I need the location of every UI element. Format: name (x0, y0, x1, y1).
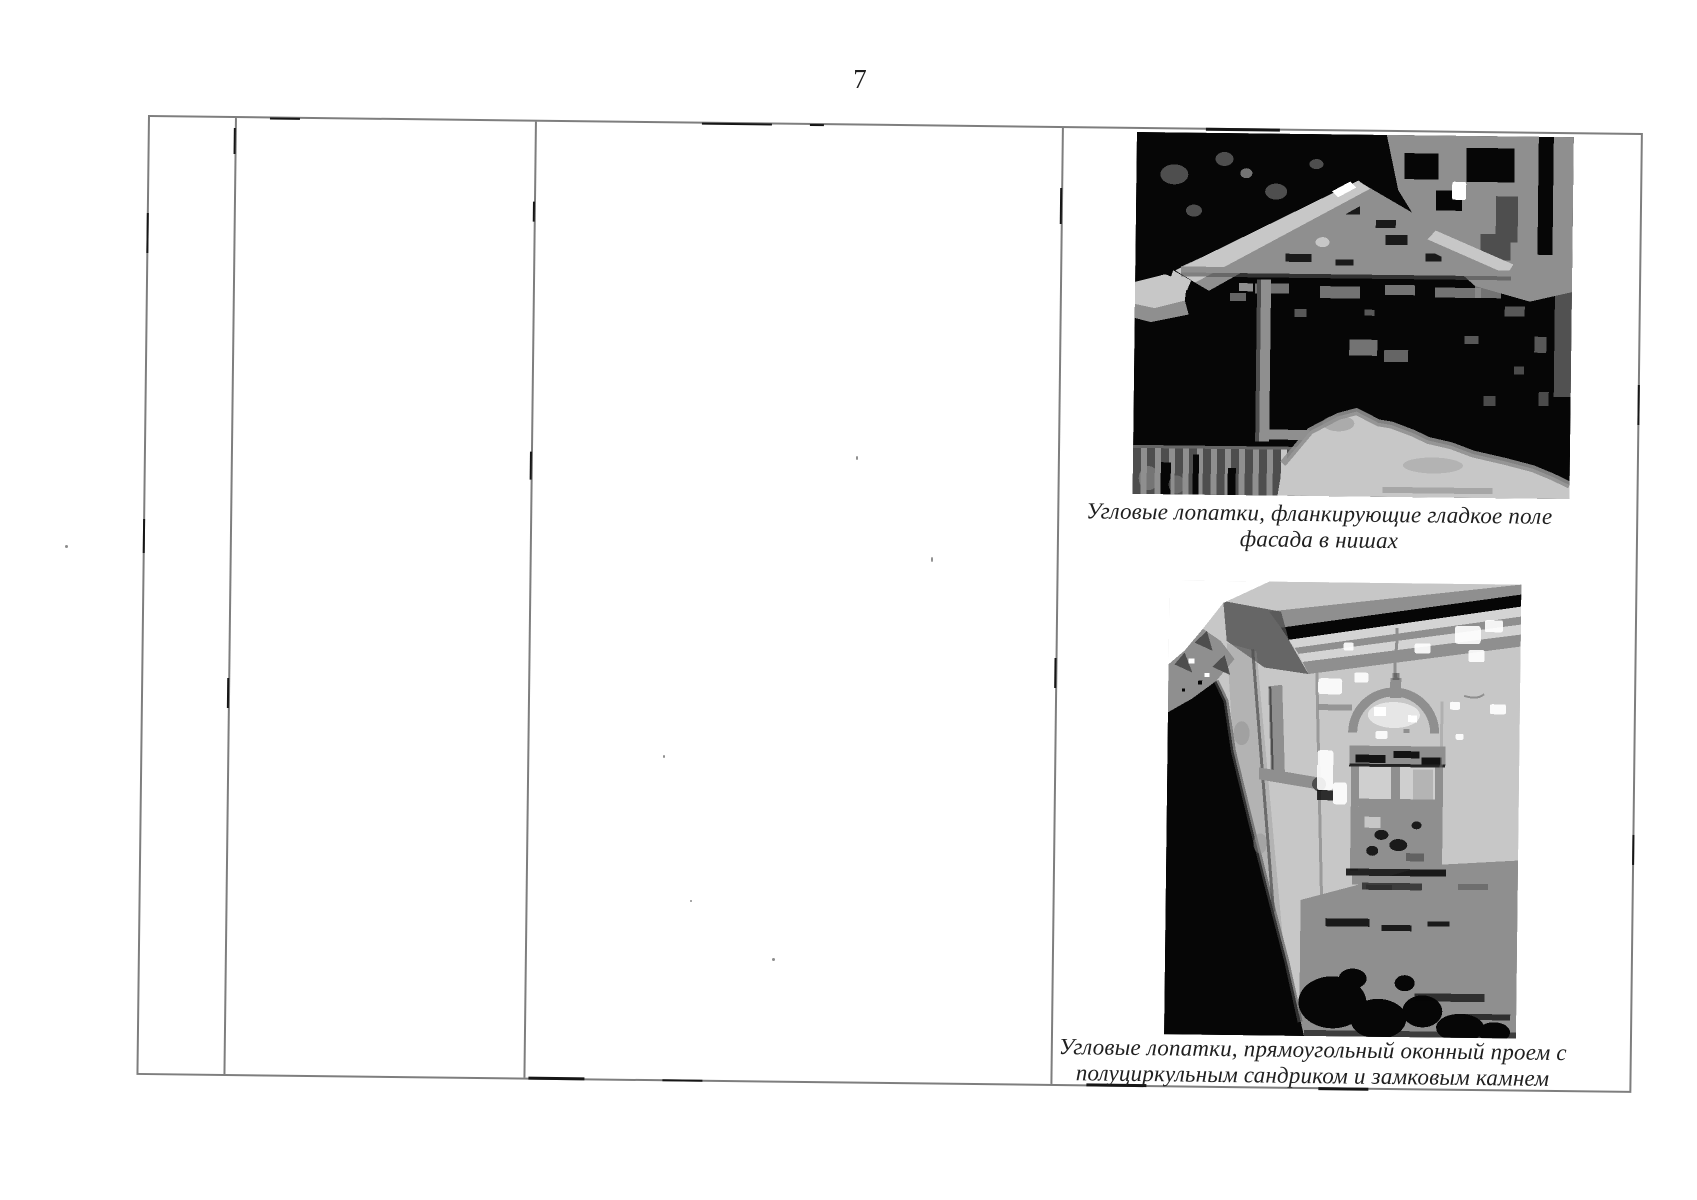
table-cell-empty-3 (525, 122, 1061, 1084)
table-cell-figures: Угловые лопатки, фланкирующие гладкое по… (1052, 128, 1642, 1091)
page-number: 7 (842, 64, 878, 95)
scanned-document-page: 7 (0, 0, 1697, 1200)
photo-pediment-facade-image (1133, 132, 1574, 499)
figure-corner-window (1164, 580, 1521, 1038)
document-table: Угловые лопатки, фланкирующие гладкое по… (136, 115, 1642, 1093)
photo-corner-window-image (1164, 580, 1521, 1038)
scan-speck (65, 545, 68, 548)
figure-pediment-facade (1133, 132, 1574, 499)
figure-caption: Угловые лопатки, фланкирующие гладкое по… (1059, 498, 1580, 556)
figure-caption: Угловые лопатки, прямоугольный оконный п… (1052, 1034, 1573, 1092)
table-cell-empty-1 (138, 117, 235, 1074)
caption-line: полуциркульным сандриком и замковым камн… (1052, 1060, 1572, 1092)
table-cell-empty-2 (225, 118, 534, 1078)
